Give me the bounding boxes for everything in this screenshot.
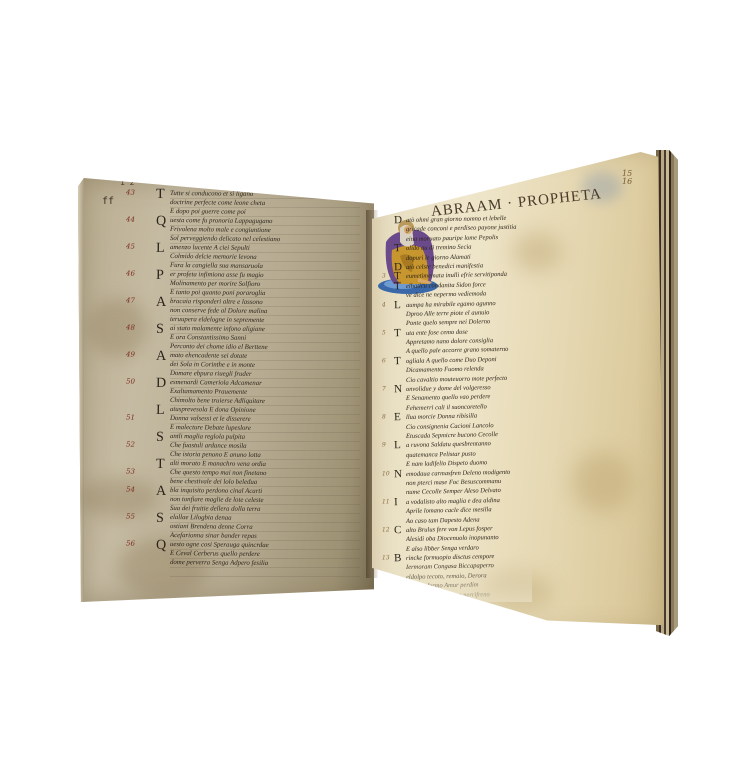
initial-letter: P [156, 268, 164, 284]
initial-letter: S [156, 430, 164, 446]
verse-number: 4 [382, 301, 386, 308]
initial-letter: L [156, 403, 165, 419]
initial-letter: L [156, 241, 165, 257]
initial-letter: I [394, 496, 398, 508]
verse-number: 50 [126, 378, 135, 386]
verse-number: 8 [382, 414, 386, 421]
initial-letter: S [156, 322, 164, 338]
verse-number: 13 [382, 554, 390, 561]
verse-line: dome perverra Senga Adpero fesilia [170, 558, 360, 569]
verse-number: 47 [126, 297, 135, 305]
corner-mark: 1 2 [120, 178, 134, 187]
verse-number: 12 [382, 526, 390, 533]
initial-letter: L [394, 299, 401, 311]
verse-number: 44 [126, 216, 135, 224]
initial-letter: A [156, 295, 166, 311]
verse-number: 11 [382, 498, 390, 505]
verse-number: 5 [382, 329, 386, 336]
folio-number-bottom: 16 [622, 178, 632, 186]
verse-number: 56 [126, 540, 135, 548]
left-page-text-block: 43TTutte si conducono et si liganodoctri… [170, 190, 360, 568]
stain [78, 478, 158, 518]
open-manuscript-book: 1 2 ff 43TTutte si conducono et si ligan… [0, 0, 755, 780]
verse-number: 52 [126, 441, 135, 449]
right-page: 15 16 ABRAAM · PROPHETA Datò ohmi gran g… [372, 152, 664, 630]
verse-number: 51 [126, 414, 135, 422]
verse-number: 43 [126, 189, 135, 197]
initial-letter: E [394, 411, 401, 423]
stain [88, 298, 148, 358]
initial-letter: Q [156, 214, 166, 230]
left-page-edge [78, 178, 84, 602]
initial-letter: T [156, 187, 165, 203]
verse-number: 6 [382, 357, 386, 364]
initial-letter: T [156, 457, 165, 473]
right-page-text-block: Datò ohmi gran giorno nomno et lebellegr… [400, 214, 600, 608]
verse-number: 54 [126, 486, 135, 494]
verse-number: 10 [382, 470, 390, 477]
initial-letter: L [394, 439, 401, 451]
folio-mark: ff [102, 196, 114, 207]
verse-number: 3 [382, 273, 386, 280]
verse-number: 53 [126, 468, 135, 476]
verse-number: 14 [382, 583, 390, 590]
initial-letter: N [394, 468, 402, 480]
folio-mark-right: 15 16 [622, 170, 632, 186]
initial-letter: Q [156, 538, 166, 554]
verse-text: dome perverra Senga Adpero fesilia [170, 558, 360, 569]
verse-number: 46 [126, 270, 135, 278]
verse-number: 45 [126, 243, 135, 251]
verse-number: 55 [126, 513, 135, 521]
initial-letter: I [394, 580, 398, 592]
initial-letter: A [156, 484, 166, 500]
initial-letter: A [156, 349, 166, 365]
initial-letter: S [156, 511, 164, 527]
verse-number: 48 [126, 324, 135, 332]
initial-letter: T [394, 242, 401, 254]
faded-text-area [392, 562, 532, 602]
verse-number: 7 [382, 385, 386, 392]
initial-letter: D [156, 376, 166, 392]
left-page: 1 2 ff 43TTutte si conducono et si ligan… [78, 178, 374, 602]
verse-number: 9 [382, 442, 386, 449]
verse-number: 49 [126, 351, 135, 359]
